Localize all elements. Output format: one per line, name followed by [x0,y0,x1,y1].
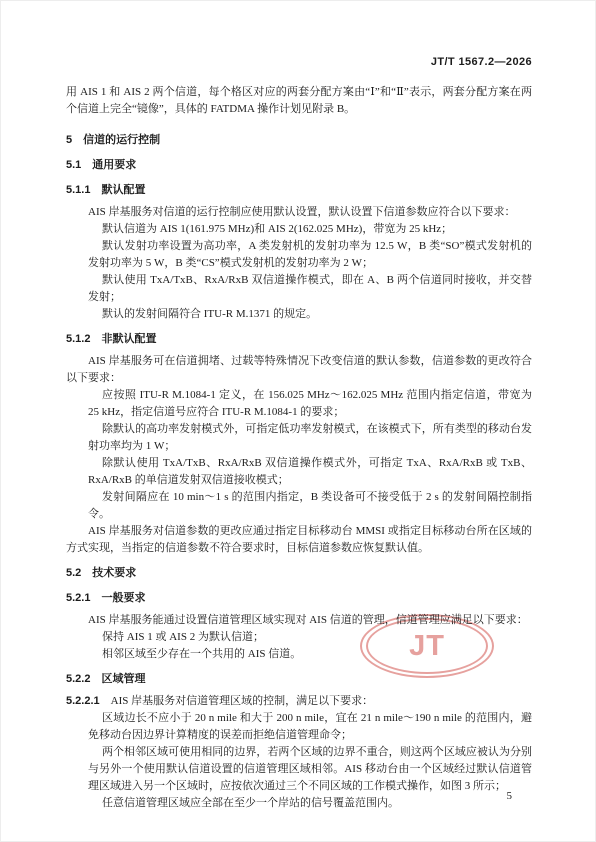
paragraph: AIS 岸基服务对信道的运行控制应使用默认设置，默认设置下信道参数应符合以下要求… [66,204,532,221]
standard-number: JT/T 1567.2—2026 [431,56,532,68]
paragraph: AIS 岸基服务对信道参数的更改应通过指定目标移动台 MMSI 或指定目标移动台… [66,523,532,557]
paragraph: AIS 岸基服务可在信道拥堵、过载等特殊情况下改变信道的默认参数，信道参数的更改… [66,353,532,387]
list-item: 保持 AIS 1 或 AIS 2 为默认信道； [88,629,532,646]
section-heading: 5.1.2 非默认配置 [66,331,532,348]
list-item: 默认的发射间隔符合 ITU-R M.1371 的规定。 [88,306,532,323]
section-heading: 5 信道的运行控制 [66,132,532,149]
clause-number: 5.2.2.1 [66,695,100,707]
paragraph: AIS 岸基服务能通过设置信道管理区域实现对 AIS 信道的管理，信道管理应满足… [66,612,532,629]
list-item: 两个相邻区域可使用相同的边界，若两个区域的边界不重合，则这两个区域应被认为分别与… [88,744,532,795]
list-item: 默认信道为 AIS 1(161.975 MHz)和 AIS 2(162.025 … [88,221,532,238]
paragraph: 用 AIS 1 和 AIS 2 两个信道，每个格区对应的两套分配方案由“Ⅰ”和“… [66,84,532,118]
list-item: 发射间隔应在 10 min～1 s 的范围内指定，B 类设备可不接受低于 2 s… [88,489,532,523]
list-item: 默认使用 TxA/TxB、RxA/RxB 双信道操作模式，即在 A、B 两个信道… [88,272,532,306]
list-item: 区域边长不应小于 20 n mile 和大于 200 n mile，宜在 21 … [88,710,532,744]
list-item: 除默认的高功率发射模式外，可指定低功率发射模式，在该模式下，所有类型的移动台发射… [88,421,532,455]
section-heading: 5.2 技术要求 [66,565,532,582]
section-heading: 5.1.1 默认配置 [66,182,532,199]
document-page: JT/T 1567.2—2026 JT 用 AIS 1 和 AIS 2 两个信道… [0,0,596,842]
section-heading: 5.2.2 区域管理 [66,671,532,688]
list-item: 任意信道管理区域应全部在至少一个岸站的信号覆盖范围内。 [88,795,532,812]
page-number: 5 [507,790,513,802]
section-heading: 5.2.1 一般要求 [66,590,532,607]
list-item: 默认发射功率设置为高功率，A 类发射机的发射功率为 12.5 W，B 类“SO”… [88,238,532,272]
list-item: 除默认使用 TxA/TxB、RxA/RxB 双信道操作模式外，可指定 TxA、R… [88,455,532,489]
document-content: 用 AIS 1 和 AIS 2 两个信道，每个格区对应的两套分配方案由“Ⅰ”和“… [66,84,532,812]
list-item: 应按照 ITU-R M.1084-1 定义，在 156.025 MHz～162.… [88,387,532,421]
clause-paragraph: 5.2.2.1 AIS 岸基服务对信道管理区域的控制，满足以下要求： [66,693,532,710]
list-item: 相邻区域至少存在一个共用的 AIS 信道。 [88,646,532,663]
section-heading: 5.1 通用要求 [66,157,532,174]
clause-text: AIS 岸基服务对信道管理区域的控制，满足以下要求： [111,695,373,707]
